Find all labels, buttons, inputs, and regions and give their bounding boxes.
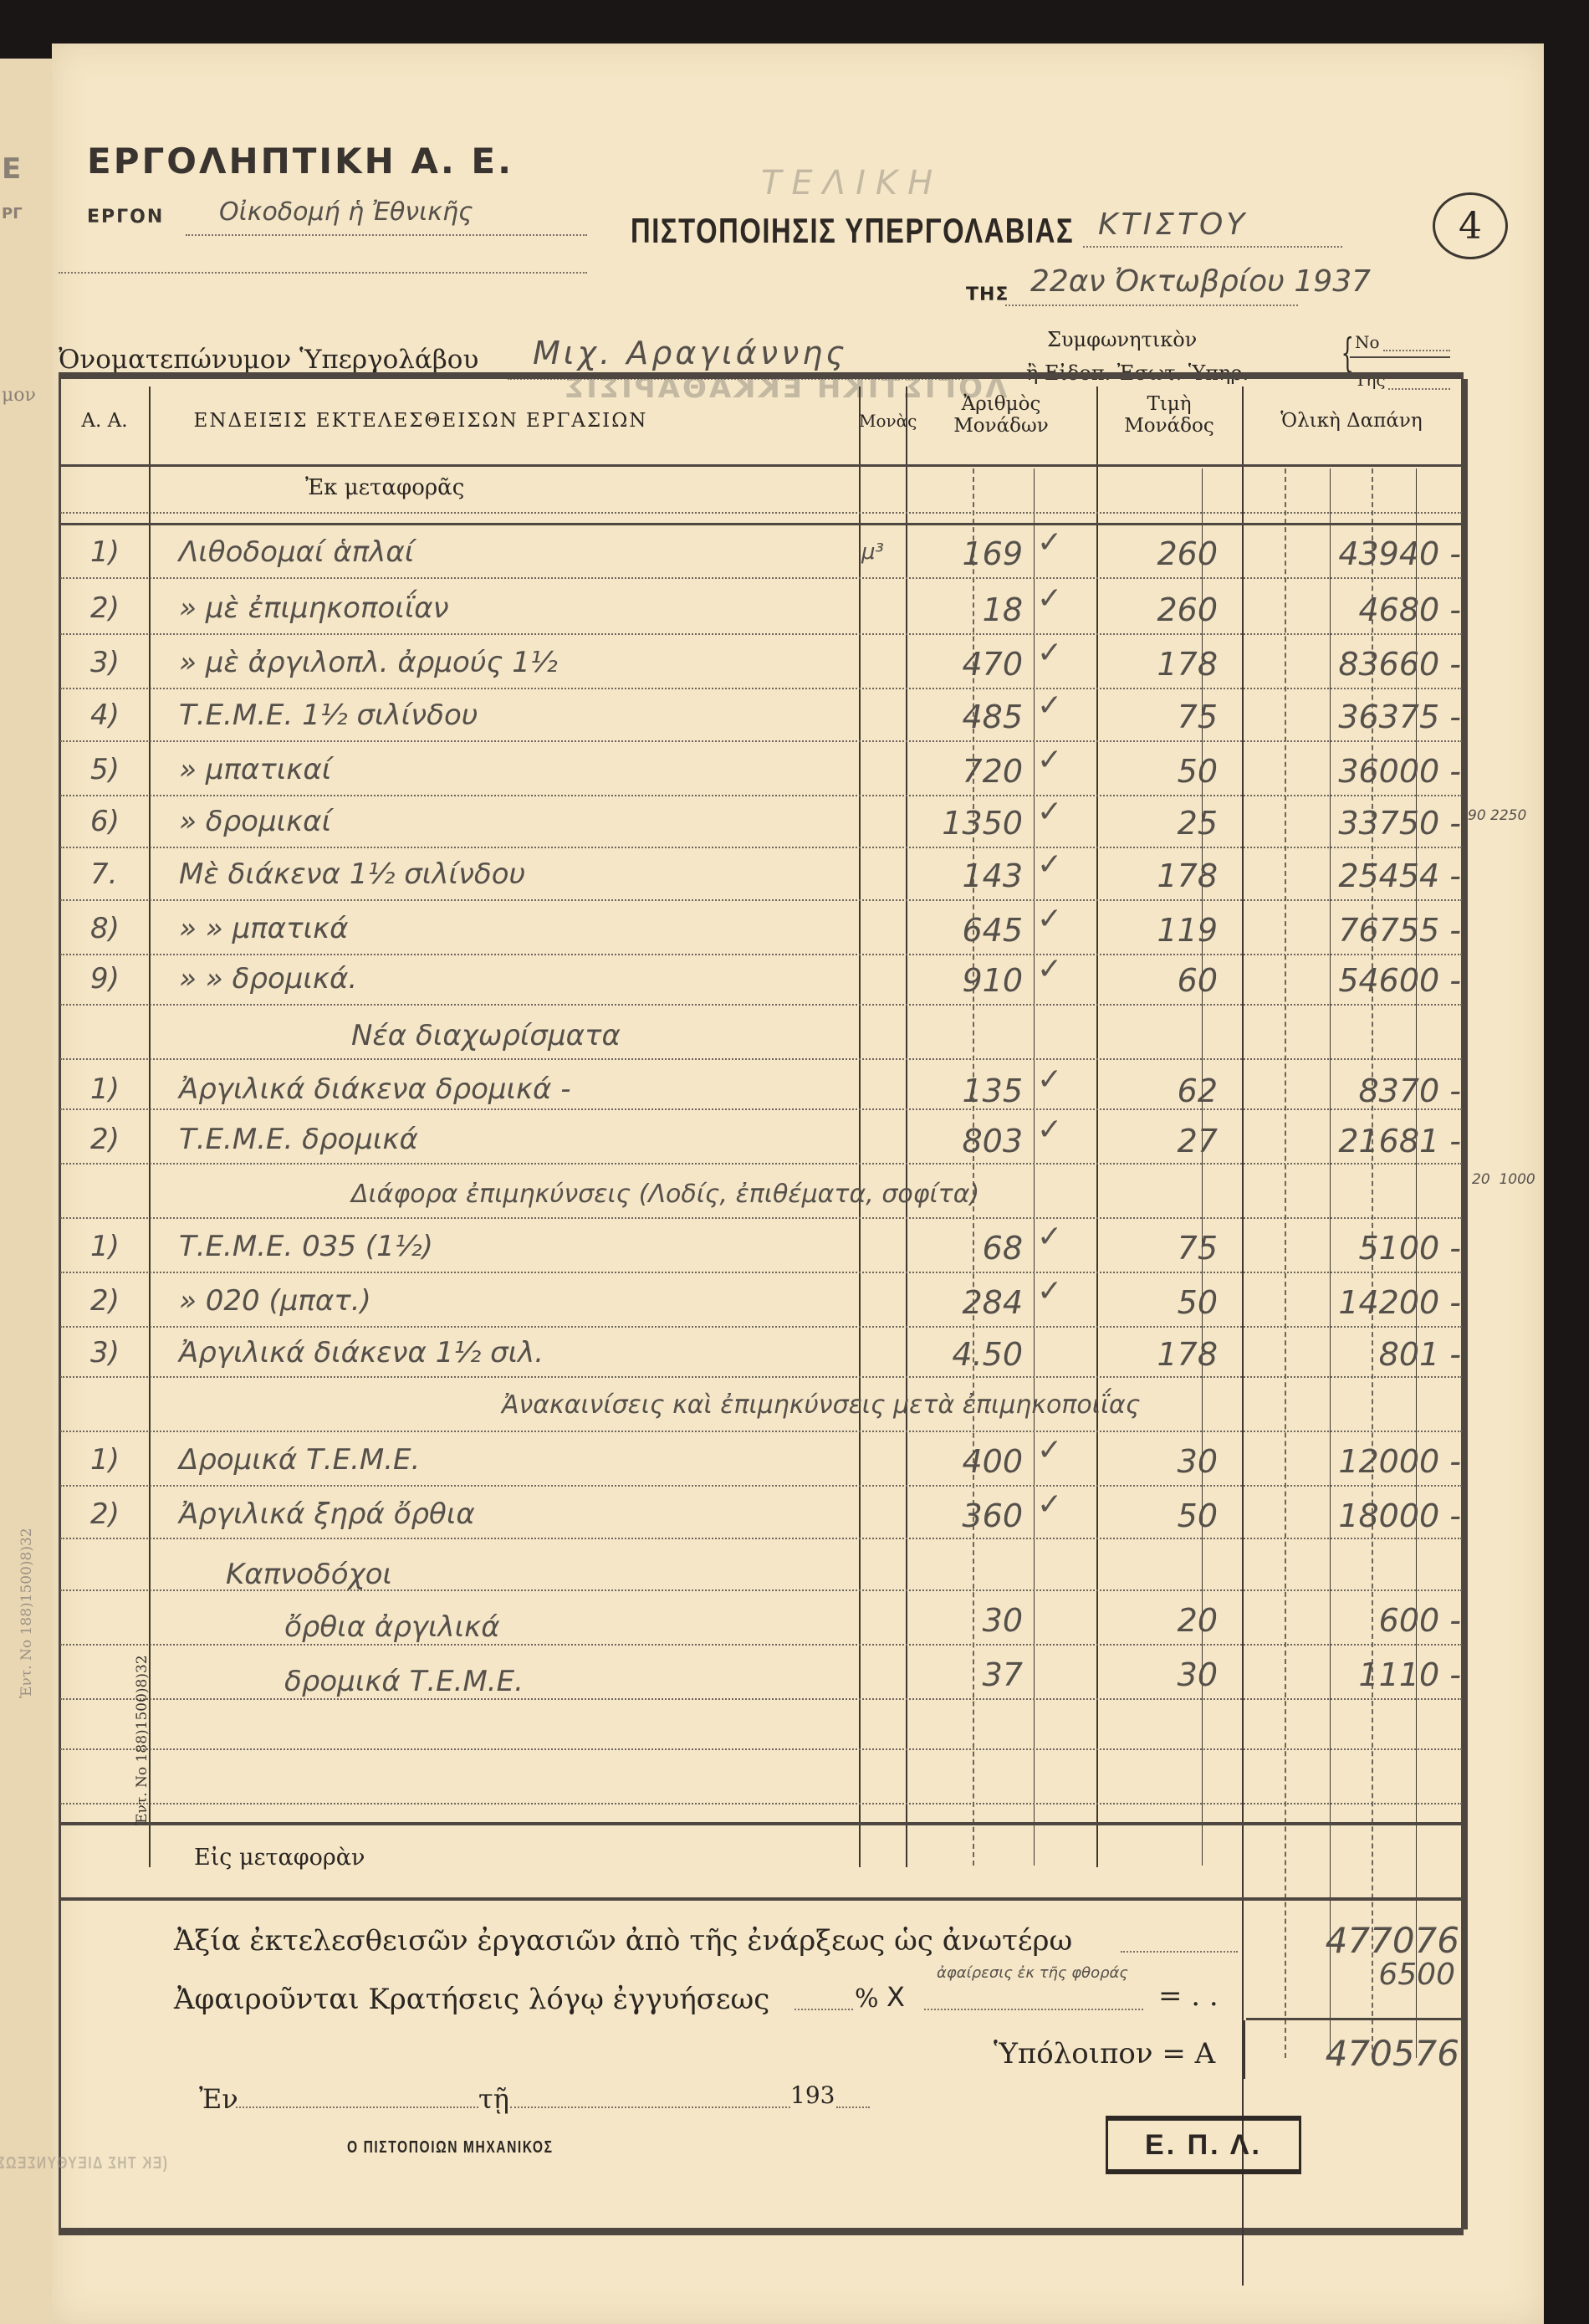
- row-rule: [60, 577, 1462, 579]
- row-quantity: 360: [906, 1497, 1023, 1534]
- deduction-label: Ἀφαιροῦνται Κρατήσεις λόγῳ ἐγγυήσεως: [174, 1983, 769, 2016]
- row-rule: [60, 899, 1462, 901]
- row-aa: 8): [90, 912, 120, 945]
- epl-stamp: Ε. Π. Λ.: [1145, 2129, 1262, 2162]
- company-name: ΕΡΓΟΛΗΠΤΙΚΗ Α. Ε.: [87, 141, 513, 182]
- row-price: 178: [1096, 646, 1218, 683]
- row-price: 50: [1096, 753, 1218, 790]
- row-rule: [60, 688, 1462, 689]
- row-rule: [60, 1748, 1462, 1750]
- title-field[interactable]: ΚΤΙΣΤΟΥ: [1083, 211, 1342, 248]
- deduction-amount-field[interactable]: [924, 2002, 1143, 2010]
- row-description: » » δρομικά.: [179, 962, 357, 996]
- row-total: 83660 -: [1242, 646, 1461, 683]
- row-rule: [60, 1217, 1462, 1219]
- header-aa: Α. Α.: [60, 410, 149, 432]
- row-price: 25: [1096, 805, 1218, 842]
- row-total: 33750 -: [1242, 805, 1461, 842]
- row-total: 43940 -: [1242, 535, 1461, 572]
- row-subheading: Νέα διαχωρίσματα: [351, 1019, 621, 1052]
- row-aa: 6): [90, 805, 120, 838]
- header-unit: Μονὰς: [859, 410, 906, 432]
- row-total: 600 -: [1242, 1602, 1461, 1639]
- check-mark-icon: ✓: [1037, 636, 1062, 670]
- header-price-2: Μονάδος: [1096, 415, 1242, 437]
- check-mark-icon: ✓: [1037, 1433, 1062, 1467]
- deduction-multiply: X: [886, 1981, 905, 2013]
- col-line-check: [1034, 468, 1035, 1866]
- row-rule: [60, 1698, 1462, 1700]
- document-title: ΠΙΣΤΟΠΟΙΗΣΙΣ ΥΠΕΡΓΟΛΑΒΙΑΣ: [631, 211, 1074, 251]
- row-description: Τ.Ε.Μ.Ε. δρομικά: [179, 1123, 418, 1156]
- row-aa: 3): [90, 646, 120, 679]
- row-description: » 020 (μπατ.): [179, 1284, 371, 1318]
- row-total: 76755 -: [1242, 912, 1461, 949]
- row-description: Ἀργιλικά διάκενα 1½ σιλ.: [179, 1336, 544, 1369]
- date-label: ΤΗΣ: [966, 284, 1009, 305]
- row-total: 5100 -: [1242, 1230, 1461, 1267]
- footer-year-field[interactable]: [836, 2098, 870, 2108]
- row-total: 25454 -: [1242, 857, 1461, 894]
- check-mark-icon: ✓: [1037, 795, 1062, 829]
- row-total: 12000 -: [1242, 1443, 1461, 1480]
- row-description: ὄρθια ἀργιλικά: [284, 1610, 500, 1644]
- row-rule: [60, 1376, 1462, 1378]
- header-total: Ὁλικὴ Δαπάνη: [1242, 410, 1461, 432]
- row-rule: [60, 740, 1462, 742]
- previous-page-letters: ΡΓ: [2, 205, 23, 223]
- row-price: 178: [1096, 1336, 1218, 1373]
- header-description: ΕΝΔΕΙΞΙΣ ΕΚΤΕΛΕΣΘΕΙΣΩΝ ΕΡΓΑΣΙΩΝ: [149, 410, 692, 432]
- row-aa: 4): [90, 699, 120, 732]
- margin-note: 90 2250: [1468, 807, 1526, 824]
- row-total: 36375 -: [1242, 699, 1461, 735]
- previous-page-edge: Ε ΡΓ μον Ἐντ. Νο 188)1500)8)32: [0, 59, 54, 2324]
- row-total: 1110 -: [1242, 1656, 1461, 1693]
- table-right-rule: [1461, 379, 1468, 2229]
- check-mark-icon: ✓: [1037, 1220, 1062, 1254]
- row-quantity: 4.50: [906, 1336, 1023, 1373]
- row-rule: [60, 1272, 1462, 1273]
- agreement-brace: {: [1341, 328, 1354, 378]
- row-quantity: 18: [906, 591, 1023, 628]
- row-total: 801 -: [1242, 1336, 1461, 1373]
- row-rule: [60, 1431, 1462, 1432]
- rows-end-rule: [60, 1822, 1462, 1825]
- check-mark-icon: ✓: [1037, 1113, 1062, 1147]
- row-subheading: Διάφορα ἐπιμηκύνσεις (Λοδίς, ἐπιθέματα, …: [351, 1180, 979, 1209]
- row-aa: 2): [90, 591, 120, 625]
- row-total: 14200 -: [1242, 1284, 1461, 1321]
- date-field[interactable]: 22αν Ὀκτωβρίου 1937: [1005, 269, 1298, 306]
- row-quantity: 143: [906, 857, 1023, 894]
- row-quantity: 400: [906, 1443, 1023, 1480]
- subcontractor-label: Ὀνοματεπώνυμον Ὑπεργολάβου: [59, 345, 478, 375]
- header-quantity-1: Ἀριθμὸς: [906, 393, 1096, 415]
- agreement-no-label: Νο: [1355, 332, 1380, 352]
- subcontractor-value: Μιχ. Αραγιάννης: [533, 335, 848, 371]
- row-price: 178: [1096, 857, 1218, 894]
- check-mark-icon: ✓: [1037, 581, 1062, 616]
- row-price: 50: [1096, 1497, 1218, 1534]
- row-rule: [60, 512, 1462, 514]
- row-price: 62: [1096, 1072, 1218, 1109]
- header-price-1: Τιμὴ: [1096, 393, 1242, 415]
- row-rule: [60, 1326, 1462, 1328]
- place-field[interactable]: [236, 2098, 478, 2108]
- footer-year-prefix: 193: [790, 2081, 835, 2109]
- side-print-left: Ἐντ. Νο 188)1500)8)32: [18, 1528, 35, 1698]
- table-left-rule: [59, 379, 61, 2229]
- header-quantity-2: Μονάδων: [906, 415, 1096, 437]
- row-aa: 2): [90, 1123, 120, 1156]
- summary-total-leader: [1121, 1943, 1238, 1953]
- row-aa: 9): [90, 962, 120, 996]
- row-price: 260: [1096, 535, 1218, 572]
- row-description: Ἀργιλικά διάκενα δρομικά -: [179, 1072, 571, 1106]
- row-quantity: 169: [906, 535, 1023, 572]
- row-quantity: 470: [906, 646, 1023, 683]
- footer-date-field[interactable]: [510, 2098, 790, 2108]
- row-description: » μπατικαί: [179, 753, 331, 786]
- title-value: ΚΤΙΣΤΟΥ: [1098, 207, 1248, 242]
- deduction-value: 6500: [1254, 1958, 1455, 1992]
- row-subheading: Καπνοδόχοι: [226, 1558, 392, 1591]
- check-mark-icon: ✓: [1037, 902, 1062, 936]
- row-aa: 1): [90, 1072, 120, 1106]
- row-quantity: 645: [906, 912, 1023, 949]
- row-description: Λιθοδομαί ἁπλαί: [179, 535, 414, 569]
- summary-total-label: Ἀξία ἐκτελεσθεισῶν ἐργασιῶν ἀπὸ τῆς ἐνάρ…: [174, 1924, 1072, 1958]
- deduction-percent: %: [855, 1984, 879, 2014]
- row-quantity: 803: [906, 1123, 1023, 1159]
- row-description: Ἀργιλικά ξηρά ὄρθια: [179, 1497, 475, 1531]
- row-aa: 1): [90, 1443, 120, 1477]
- project-value: Οἰκοδομή ἡ Ἐθνικῆς: [219, 197, 473, 227]
- row-price: 60: [1096, 962, 1218, 999]
- row-description: » μὲ ἐπιμηκοποιΐαν: [179, 591, 449, 625]
- row-rule: [60, 954, 1462, 955]
- carried-over-rule: [60, 1897, 1462, 1901]
- agreement-no-field[interactable]: [1383, 333, 1450, 351]
- row-total: 54600 -: [1242, 962, 1461, 999]
- row-quantity: 1350: [906, 805, 1023, 842]
- row-price: 30: [1096, 1656, 1218, 1693]
- row-description: Τ.Ε.Μ.Ε. 035 (1½): [179, 1230, 433, 1263]
- row-quantity: 910: [906, 962, 1023, 999]
- row-unit: μ³: [861, 540, 884, 565]
- row-price: 20: [1096, 1602, 1218, 1639]
- check-mark-icon: ✓: [1037, 1062, 1062, 1097]
- remainder-box-left: [1242, 2020, 1245, 2079]
- row-price: 75: [1096, 1230, 1218, 1267]
- row-total: 18000 -: [1242, 1497, 1461, 1534]
- row-quantity: 485: [906, 699, 1023, 735]
- row-aa: 1): [90, 535, 120, 569]
- table-bottom-rule: [59, 2228, 1464, 2235]
- deduction-percent-field[interactable]: [794, 2002, 853, 2010]
- row-description: Τ.Ε.Μ.Ε. 1½ σιλίνδου: [179, 699, 478, 732]
- row-total: 21681 -: [1242, 1123, 1461, 1159]
- row-quantity: 284: [906, 1284, 1023, 1321]
- row-rule: [60, 1058, 1462, 1060]
- row-price: 75: [1096, 699, 1218, 735]
- row-price: 260: [1096, 591, 1218, 628]
- sheet-number-circle: 4: [1433, 192, 1508, 259]
- carried-forward-label: Ἐκ μεταφορᾶς: [305, 475, 464, 500]
- row-rule: [60, 847, 1462, 848]
- row-description: Μὲ διάκενα 1½ σιλίνδου: [179, 857, 525, 891]
- check-mark-icon: ✓: [1037, 743, 1062, 777]
- row-rule: [60, 1485, 1462, 1487]
- row-total: 36000 -: [1242, 753, 1461, 790]
- check-mark-icon: ✓: [1037, 1487, 1062, 1522]
- row-description: Δρομικά Τ.Ε.Μ.Ε.: [179, 1443, 420, 1477]
- table-top-rule: [59, 372, 1464, 379]
- header-rule: [60, 464, 1462, 467]
- epl-stamp-box: Ε. Π. Λ.: [1106, 2116, 1301, 2174]
- summary-total-value: 477076: [1250, 1920, 1459, 1961]
- row-description: » μὲ ἀργιλοπλ. ἀρμούς 1½: [179, 646, 558, 679]
- row-rule: [60, 795, 1462, 796]
- row-quantity: 68: [906, 1230, 1023, 1267]
- check-mark-icon: ✓: [1037, 688, 1062, 723]
- row-subheading: Ἀνακαινίσεις καὶ ἐπιμηκύνσεις μετὰ ἐπιμη…: [502, 1390, 1140, 1420]
- previous-page-letters: μον: [2, 385, 36, 406]
- row-aa: 7.: [90, 857, 117, 891]
- row-aa: 2): [90, 1284, 120, 1318]
- row-rule: [60, 1644, 1462, 1646]
- deduction-rule: [1246, 2018, 1462, 2020]
- agreement-label: Συμφωνητικὸν: [1047, 328, 1197, 351]
- row-description: δρομικά Τ.Ε.Μ.Ε.: [284, 1665, 524, 1698]
- row-quantity: 135: [906, 1072, 1023, 1109]
- check-mark-icon: ✓: [1037, 1274, 1062, 1308]
- sheet-number: 4: [1459, 205, 1482, 248]
- row-price: 119: [1096, 912, 1218, 949]
- row-quantity: 30: [906, 1602, 1023, 1639]
- row-total: 8370 -: [1242, 1072, 1461, 1109]
- row-aa: 1): [90, 1230, 120, 1263]
- agreement-divider: [1350, 356, 1450, 358]
- row-quantity: 720: [906, 753, 1023, 790]
- side-print: Ἐντ. Νο 188)1500)8)32: [134, 1655, 151, 1825]
- date-value: 22αν Ὀκτωβρίου 1937: [1030, 264, 1371, 299]
- remainder-label: Ὑπόλοιπον = Α: [994, 2037, 1215, 2071]
- margin-note: 20 1000: [1472, 1171, 1535, 1188]
- row-description: » δρομικαί: [179, 805, 331, 838]
- row-total: 4680 -: [1242, 591, 1461, 628]
- row-quantity: 37: [906, 1656, 1023, 1693]
- engineer-label: Ο ΠΙΣΤΟΠΟΙΩΝ ΜΗΧΑΝΙΚΟΣ: [347, 2138, 554, 2158]
- row-aa: 5): [90, 753, 120, 786]
- check-mark-icon: ✓: [1037, 847, 1062, 882]
- project-field-line-2: [59, 265, 587, 274]
- row-rule: [60, 1004, 1462, 1006]
- ghost-footer: (ΕΚ ΤΗΣ ΔΙΕΥΘΥΝΣΕΩΣ): [0, 2154, 167, 2173]
- row-aa: 2): [90, 1497, 120, 1531]
- row-aa: 3): [90, 1336, 120, 1369]
- row-price: 27: [1096, 1123, 1218, 1159]
- stamp-top: ΤΕΛΙΚΗ: [761, 164, 943, 202]
- check-mark-icon: ✓: [1037, 952, 1062, 986]
- footer-date-label: τῇ: [478, 2083, 509, 2115]
- row-rule-solid: [60, 523, 1462, 525]
- deduction-equals: = . .: [1158, 1979, 1219, 2013]
- row-rule: [60, 633, 1462, 635]
- previous-page-letters: Ε: [2, 152, 21, 186]
- project-field[interactable]: Οἰκοδομή ἡ Ἐθνικῆς: [186, 202, 587, 236]
- row-rule: [60, 1163, 1462, 1165]
- carried-over-label: Εἰς μεταφορὰν: [194, 1845, 365, 1871]
- remainder-value: 470576: [1250, 2033, 1459, 2074]
- check-mark-icon: ✓: [1037, 525, 1062, 560]
- deduction-note: ἀφαίρεσις ἐκ τῆς φθοράς: [937, 1964, 1128, 1982]
- project-label: ΕΡΓΟΝ: [87, 207, 164, 228]
- row-price: 50: [1096, 1284, 1218, 1321]
- row-rule: [60, 1803, 1462, 1804]
- row-description: » » μπατικά: [179, 912, 349, 945]
- row-rule: [60, 1538, 1462, 1539]
- row-price: 30: [1096, 1443, 1218, 1480]
- place-label: Ἐν: [199, 2083, 238, 2115]
